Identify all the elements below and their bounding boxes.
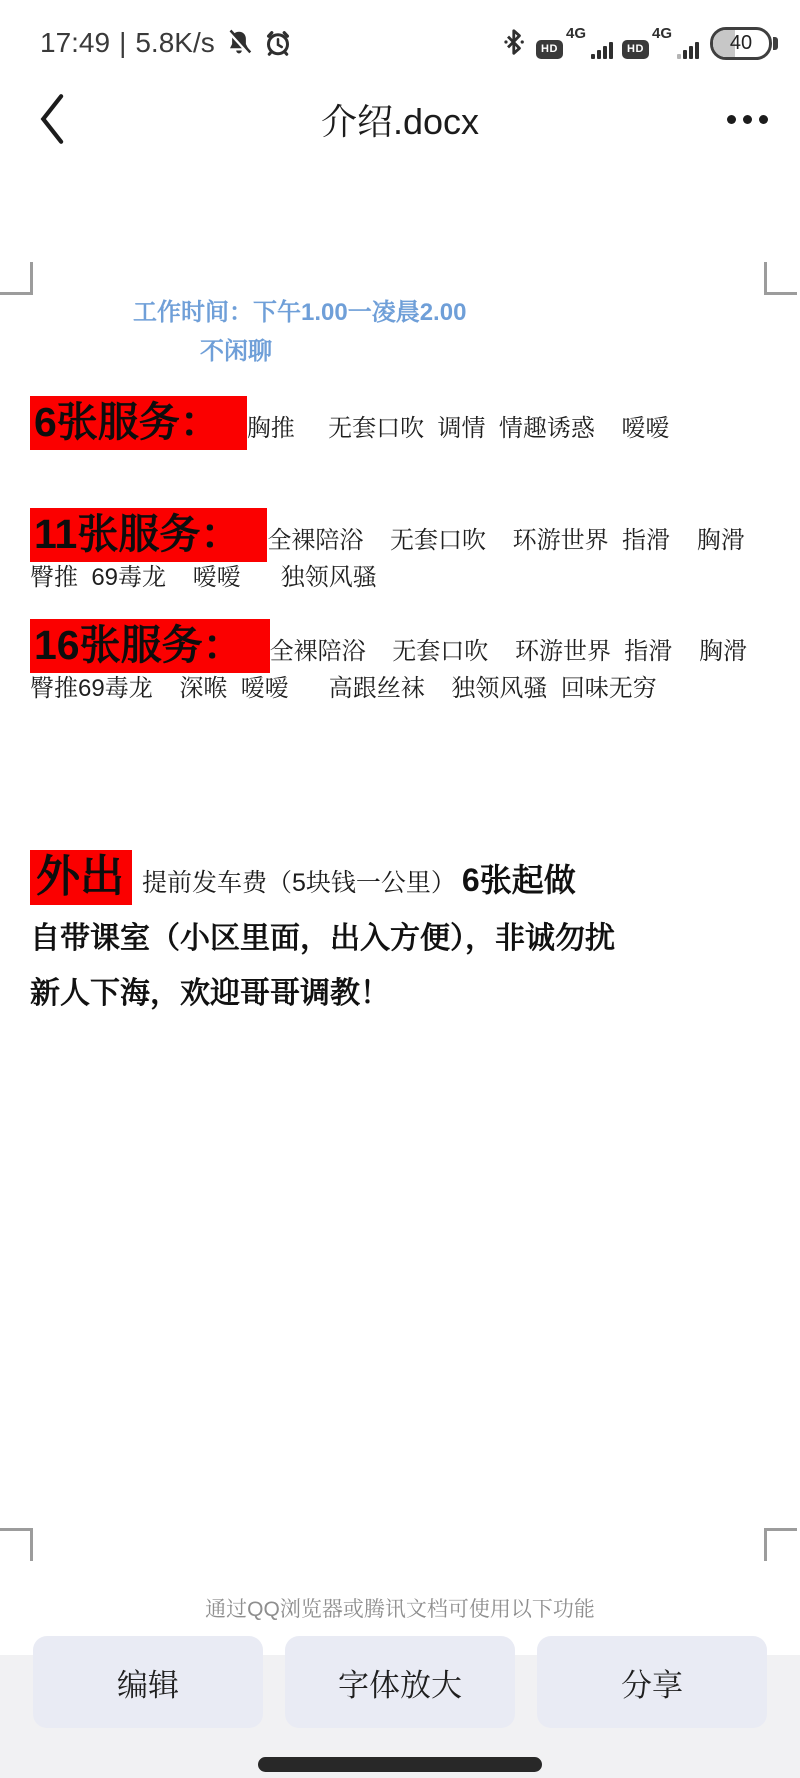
room-info-line: 自带课室（小区里面，出入方便），非诚勿扰 [30,913,615,957]
network-speed: 5.8K/s [135,27,214,59]
page-corner-mark-bottom-left [0,1528,33,1561]
sim1-network-type: 4G [566,25,586,42]
page-corner-mark-top-right [764,262,797,295]
service-tier-3: 16张服务：全裸陪浴 无套口吹 环游世界 指滑 胸滑 臀推69毒龙 深喉 嗳嗳 … [30,623,775,707]
clock-text: 17:49 [40,27,110,59]
sim1-hd-badge: HD [536,40,563,59]
more-options-button[interactable] [727,101,768,137]
mute-bell-icon [224,27,254,59]
enlarge-font-button[interactable]: 字体放大 [285,1636,515,1728]
share-button[interactable]: 分享 [537,1636,767,1728]
edit-button[interactable]: 编辑 [33,1636,263,1728]
dot-icon [743,115,752,124]
service-tier-1-items: 胸推 无套口吹 调情 情趣诱惑 嗳嗳 [247,415,670,442]
sim1-signal: 4G [566,25,613,61]
sim2-indicator: HD 4G [622,25,699,61]
status-bar: 17:49 | 5.8K/s [0,0,800,75]
service-tier-1-heading: 6张服务： [30,396,247,450]
sim2-network-type: 4G [652,25,672,42]
sim2-signal: 4G [652,25,699,61]
title-bar: 介绍.docx [0,75,800,163]
status-left: 17:49 | 5.8K/s [40,27,293,59]
footer-actions: 编辑 字体放大 分享 [33,1636,767,1728]
dot-icon [759,115,768,124]
outcall-section: 外出提前发车费（5块钱一公里）6张起做 [30,840,775,904]
page-corner-mark-bottom-right [764,1528,797,1561]
outcall-fee-note: 提前发车费（5块钱一公里） [142,869,456,897]
status-right: HD 4G HD 4G 40 [501,25,778,61]
dot-icon [727,115,736,124]
alarm-clock-icon [263,27,293,59]
sim2-signal-bars-icon [677,42,699,59]
outcall-tag: 外出 [30,850,132,905]
no-chat-line: 不闲聊 [200,331,272,366]
battery-nub [773,37,778,50]
sim1-indicator: HD 4G [536,25,613,61]
bluetooth-icon [501,27,527,57]
document-title: 介绍.docx [0,94,800,145]
status-separator: | [119,27,126,59]
home-indicator[interactable] [258,1757,542,1772]
back-button[interactable] [36,91,80,147]
service-tier-2-heading: 11张服务： [30,508,267,562]
sim2-hd-badge: HD [622,40,649,59]
footer-hint-text: 通过QQ浏览器或腾讯文档可使用以下功能 [0,1593,800,1623]
welcome-line: 新人下海，欢迎哥哥调教！ [30,968,390,1012]
sim1-signal-bars-icon [591,42,613,59]
page-corner-mark-top-left [0,262,33,295]
work-hours-line: 工作时间：下午1.00一凌晨2.00 [133,292,466,327]
battery-percent: 40 [730,32,752,55]
service-tier-3-heading: 16张服务： [30,619,270,673]
service-tier-1: 6张服务：胸推 无套口吹 调情 情趣诱惑 嗳嗳 [30,400,775,447]
battery-indicator: 40 [710,27,778,60]
service-tier-2: 11张服务：全裸陪浴 无套口吹 环游世界 指滑 胸滑 臀推 69毒龙 嗳嗳 独领… [30,512,775,596]
outcall-minimum: 6张起做 [462,862,576,898]
